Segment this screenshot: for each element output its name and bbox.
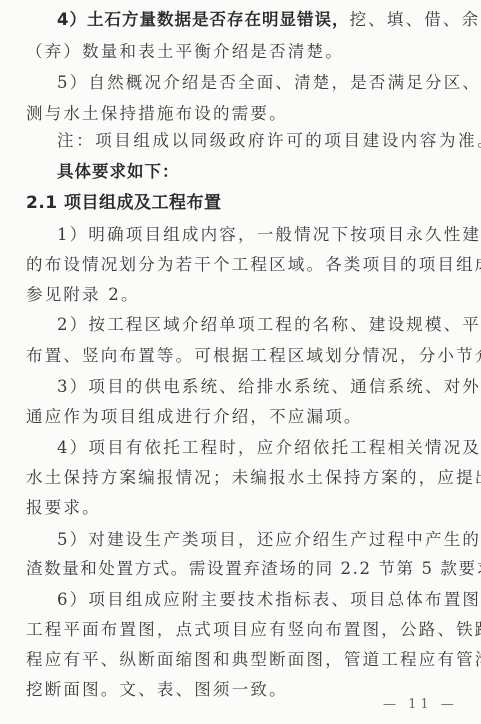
page-number: — 11 — [383,697,458,712]
document-page: 4）土石方量数据是否存在明显错误，挖、填、借、余 （弃）数量和表土平衡介绍是否清… [0,0,481,724]
subheading: 具体要求如下： [57,162,467,182]
paragraph-line: 渣数量和处置方式。需设置弃渣场的同 2.2 节第 5 款要求。 [26,559,436,579]
paragraph-line: 参见附录 2。 [26,285,436,305]
bold-text: 4）土石方量数据是否存在明显错误， [57,10,349,29]
paragraph-line: 5）对建设生产类项目，还应介绍生产过程中产生的弃 [57,530,467,550]
paragraph-line: （弃）数量和表土平衡介绍是否清楚。 [26,42,436,62]
paragraph-line: 3）项目的供电系统、给排水系统、通信系统、对外交 [57,377,467,397]
section-heading: 2.1 项目组成及工程布置 [26,193,436,213]
paragraph-line: 1）明确项目组成内容，一般情况下按项目永久性建筑 [57,225,467,245]
paragraph-line: 报要求。 [26,498,436,518]
paragraph-line: 测与水土保持措施布设的需要。 [26,104,436,124]
paragraph-line: 6）项目组成应附主要技术指标表、项目总体布置图、 [57,590,467,610]
paragraph-line: 挖断面图。文、表、图须一致。 [26,680,436,700]
paragraph-line: 水土保持方案编报情况；未编报水土保持方案的，应提出编 [26,468,436,488]
note-line: 注：项目组成以同级政府许可的项目建设内容为准。 [57,131,467,151]
paragraph-line: 工程平面布置图，点式项目应有竖向布置图，公路、铁路工 [26,620,436,640]
paragraph-line: 4）项目有依托工程时，应介绍依托工程相关情况及其 [57,438,467,458]
paragraph-line: 的布设情况划分为若干个工程区域。各类项目的项目组成可 [26,255,436,275]
paragraph-line: 程应有平、纵断面缩图和典型断面图，管道工程应有管沟开 [26,650,436,670]
paragraph-line: 布置、竖向布置等。可根据工程区域划分情况，分小节介绍。 [26,346,436,366]
paragraph-line: 2）按工程区域介绍单项工程的名称、建设规模、平面 [57,315,467,335]
paragraph-line: 4）土石方量数据是否存在明显错误，挖、填、借、余 [57,10,467,30]
paragraph-line: 通应作为项目组成进行介绍，不应漏项。 [26,407,436,427]
paragraph-line: 5）自然概况介绍是否全面、清楚，是否满足分区、预 [57,73,467,93]
